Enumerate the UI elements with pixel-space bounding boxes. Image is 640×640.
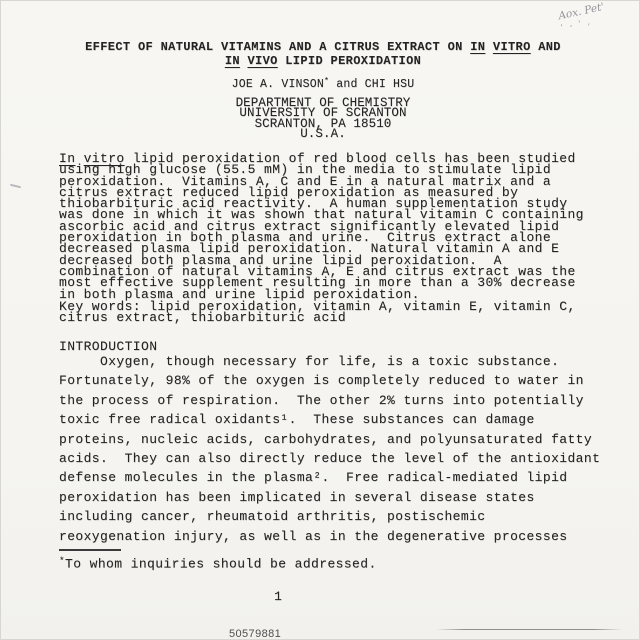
text-line: Fortunately, 98% of the oxygen is comple…	[59, 371, 600, 390]
underlined-text: IN	[470, 40, 485, 54]
text-line: EFFECT OF NATURAL VITAMINS AND A CITRUS …	[59, 41, 587, 55]
text-line: reoxygenation injury, as well as in the …	[59, 527, 600, 546]
page-number: 1	[253, 589, 303, 604]
text-line: JOE A. VINSON* and CHI HSU	[59, 77, 587, 91]
footnote-rule	[59, 549, 121, 551]
superscript-marker: *	[59, 555, 65, 566]
handwritten-annotation: Aox. Pet'' - ' ,	[558, 0, 640, 33]
scan-edge-line	[436, 629, 622, 630]
paper-title: EFFECT OF NATURAL VITAMINS AND A CITRUS …	[59, 41, 587, 68]
text-line: Oxygen, though necessary for life, is a …	[59, 352, 600, 371]
text-line: toxic free radical oxidants¹. These subs…	[59, 410, 600, 429]
underlined-text: VITRO	[493, 40, 531, 54]
footnote-text: *To whom inquiries should be addressed.	[59, 555, 377, 572]
text-line: IN VIVO LIPID PEROXIDATION	[59, 55, 587, 69]
abstract-paragraph: In vitro lipid peroxidation of red blood…	[59, 153, 584, 300]
introduction-paragraph: Oxygen, though necessary for life, is a …	[59, 352, 600, 546]
text-line: peroxidation has been implicated in seve…	[59, 488, 600, 507]
underlined-text: IN	[225, 54, 240, 68]
text-line: U.S.A.	[59, 129, 587, 139]
text-line: acids. They can also directly reduce the…	[59, 449, 600, 468]
text-line: *To whom inquiries should be addressed.	[59, 555, 377, 572]
affiliation-block: DEPARTMENT OF CHEMISTRYUNIVERSITY OF SCR…	[59, 98, 587, 140]
text-line: the process of respiration. The other 2%…	[59, 391, 600, 410]
scan-id-number: 50579881	[229, 628, 281, 640]
authors-line: JOE A. VINSON* and CHI HSU	[59, 77, 587, 91]
text-line: proteins, nucleic acids, carbohydrates, …	[59, 430, 600, 449]
keywords-block: Key words: lipid peroxidation, vitamin A…	[59, 301, 576, 324]
text-line: including cancer, rheumatoid arthritis, …	[59, 507, 600, 526]
scanned-paper-page: Aox. Pet'' - ' , EFFECT OF NATURAL VITAM…	[0, 0, 640, 640]
underlined-text: VIVO	[247, 54, 277, 68]
scan-artifact-mark	[10, 184, 21, 189]
superscript-marker: *	[324, 77, 329, 86]
text-line: defense molecules in the plasma². Free r…	[59, 468, 600, 487]
